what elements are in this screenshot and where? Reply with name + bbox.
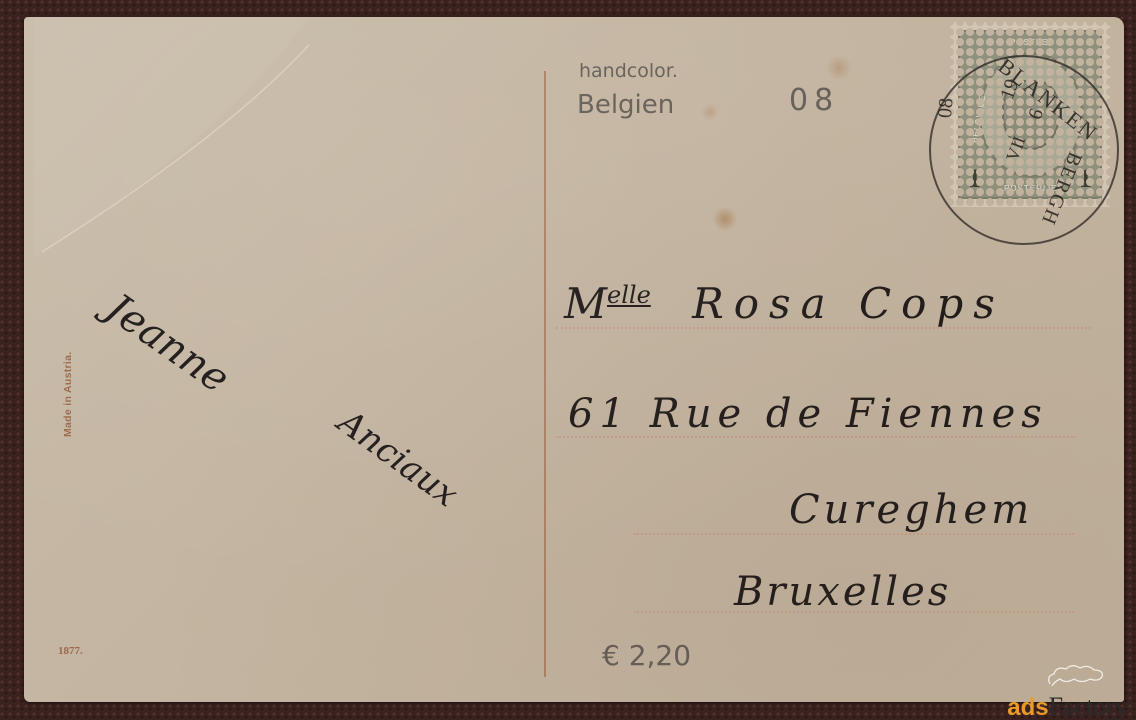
recipient-title: M	[564, 279, 607, 328]
watermark-brand-factory: Factory	[1049, 694, 1128, 720]
smoke-cloud-icon	[1046, 664, 1106, 686]
catalog-number: 1877.	[58, 645, 83, 657]
recipient-title-sup: elle	[607, 281, 651, 309]
foxing-stain	[824, 57, 854, 79]
address-district: Cureghem	[789, 487, 1033, 533]
address-street: 61 Rue de Fiennes	[568, 391, 1048, 437]
foxing-stain	[701, 103, 719, 121]
address-line-3	[634, 533, 1074, 535]
watermark-brand-ads: ads	[1007, 696, 1048, 720]
address-city: Bruxelles	[734, 569, 951, 615]
pencil-note-handcolor: handcolor.	[579, 60, 678, 82]
recipient-name: Rosa Cops	[692, 279, 1005, 328]
pencil-note-year: 08	[789, 83, 839, 118]
stamp-top-text: POSTES	[1010, 38, 1048, 47]
watermark-logo: ads Factory	[1007, 694, 1128, 720]
signature-last-name: Anciaux	[330, 402, 465, 515]
made-in-label: Made in Austria.	[62, 351, 74, 437]
postcard-back: Made in Austria. 1877. Jeanne Anciaux ha…	[24, 17, 1124, 702]
foxing-stain	[712, 207, 738, 231]
postmark-year: 08	[934, 97, 959, 119]
signature-first-name: Jeanne	[98, 285, 238, 402]
center-divider-line	[544, 71, 546, 677]
pencil-note-price: € 2,20	[602, 639, 691, 672]
address-recipient: Melle Rosa Cops	[564, 279, 1005, 328]
corner-crease	[34, 17, 364, 267]
pencil-note-country: Belgien	[577, 90, 674, 120]
